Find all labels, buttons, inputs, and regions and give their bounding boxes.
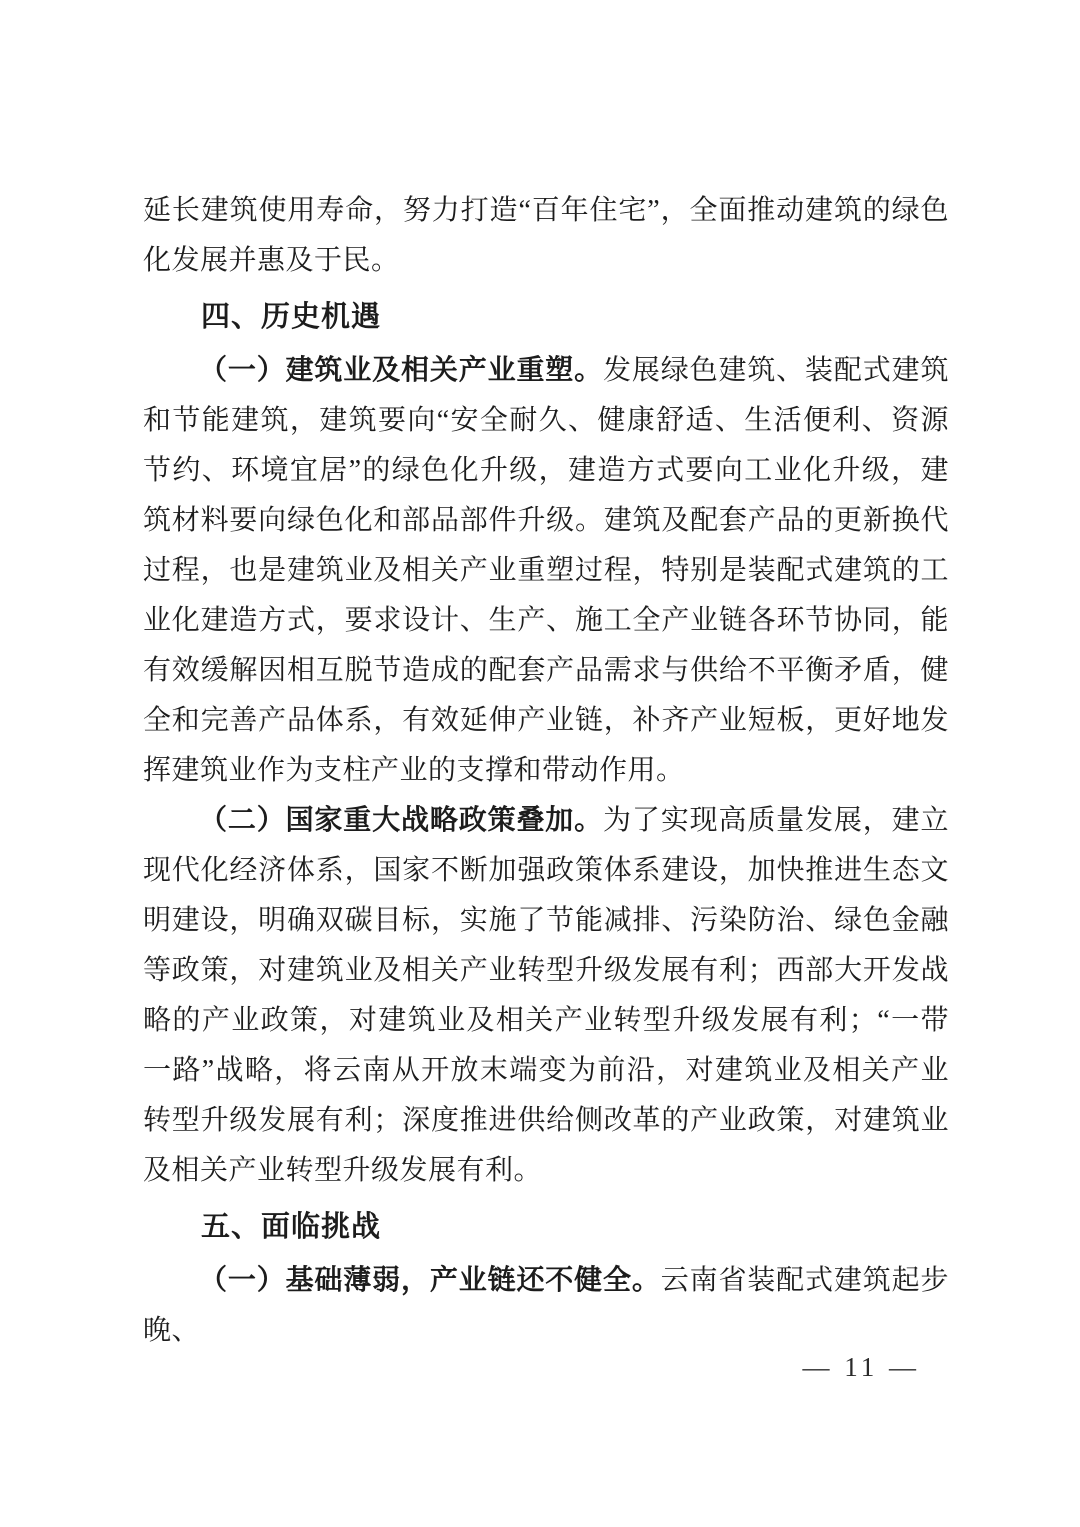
paragraph-challenge-1: （一）基础薄弱，产业链还不健全。云南省装配式建筑起步晚、	[143, 1256, 949, 1356]
section-heading-challenges: 五、面临挑战	[143, 1202, 949, 1252]
paragraph-opportunity-1: （一）建筑业及相关产业重塑。发展绿色建筑、装配式建筑和节能建筑，建筑要向“安全耐…	[143, 346, 949, 796]
paragraph-body-text: 发展绿色建筑、装配式建筑和节能建筑，建筑要向“安全耐久、健康舒适、生活便利、资源…	[143, 355, 949, 786]
paragraph-body-text: 为了实现高质量发展，建立现代化经济体系，国家不断加强政策体系建设，加快推进生态文…	[143, 805, 949, 1186]
paragraph-lead-bold: （一）基础薄弱，产业链还不健全。	[199, 1265, 661, 1296]
document-body: 延长建筑使用寿命，努力打造“百年住宅”，全面推动建筑的绿色化发展并惠及于民。 四…	[143, 186, 949, 1356]
document-page: 延长建筑使用寿命，努力打造“百年住宅”，全面推动建筑的绿色化发展并惠及于民。 四…	[0, 0, 1080, 1527]
paragraph-opportunity-2: （二）国家重大战略政策叠加。为了实现高质量发展，建立现代化经济体系，国家不断加强…	[143, 796, 949, 1196]
page-number: — 11 —	[803, 1352, 921, 1383]
paragraph-lead-bold: （一）建筑业及相关产业重塑。	[199, 355, 603, 386]
section-heading-opportunities: 四、历史机遇	[143, 292, 949, 342]
paragraph-continuation: 延长建筑使用寿命，努力打造“百年住宅”，全面推动建筑的绿色化发展并惠及于民。	[143, 186, 949, 286]
paragraph-lead-bold: （二）国家重大战略政策叠加。	[199, 805, 603, 836]
